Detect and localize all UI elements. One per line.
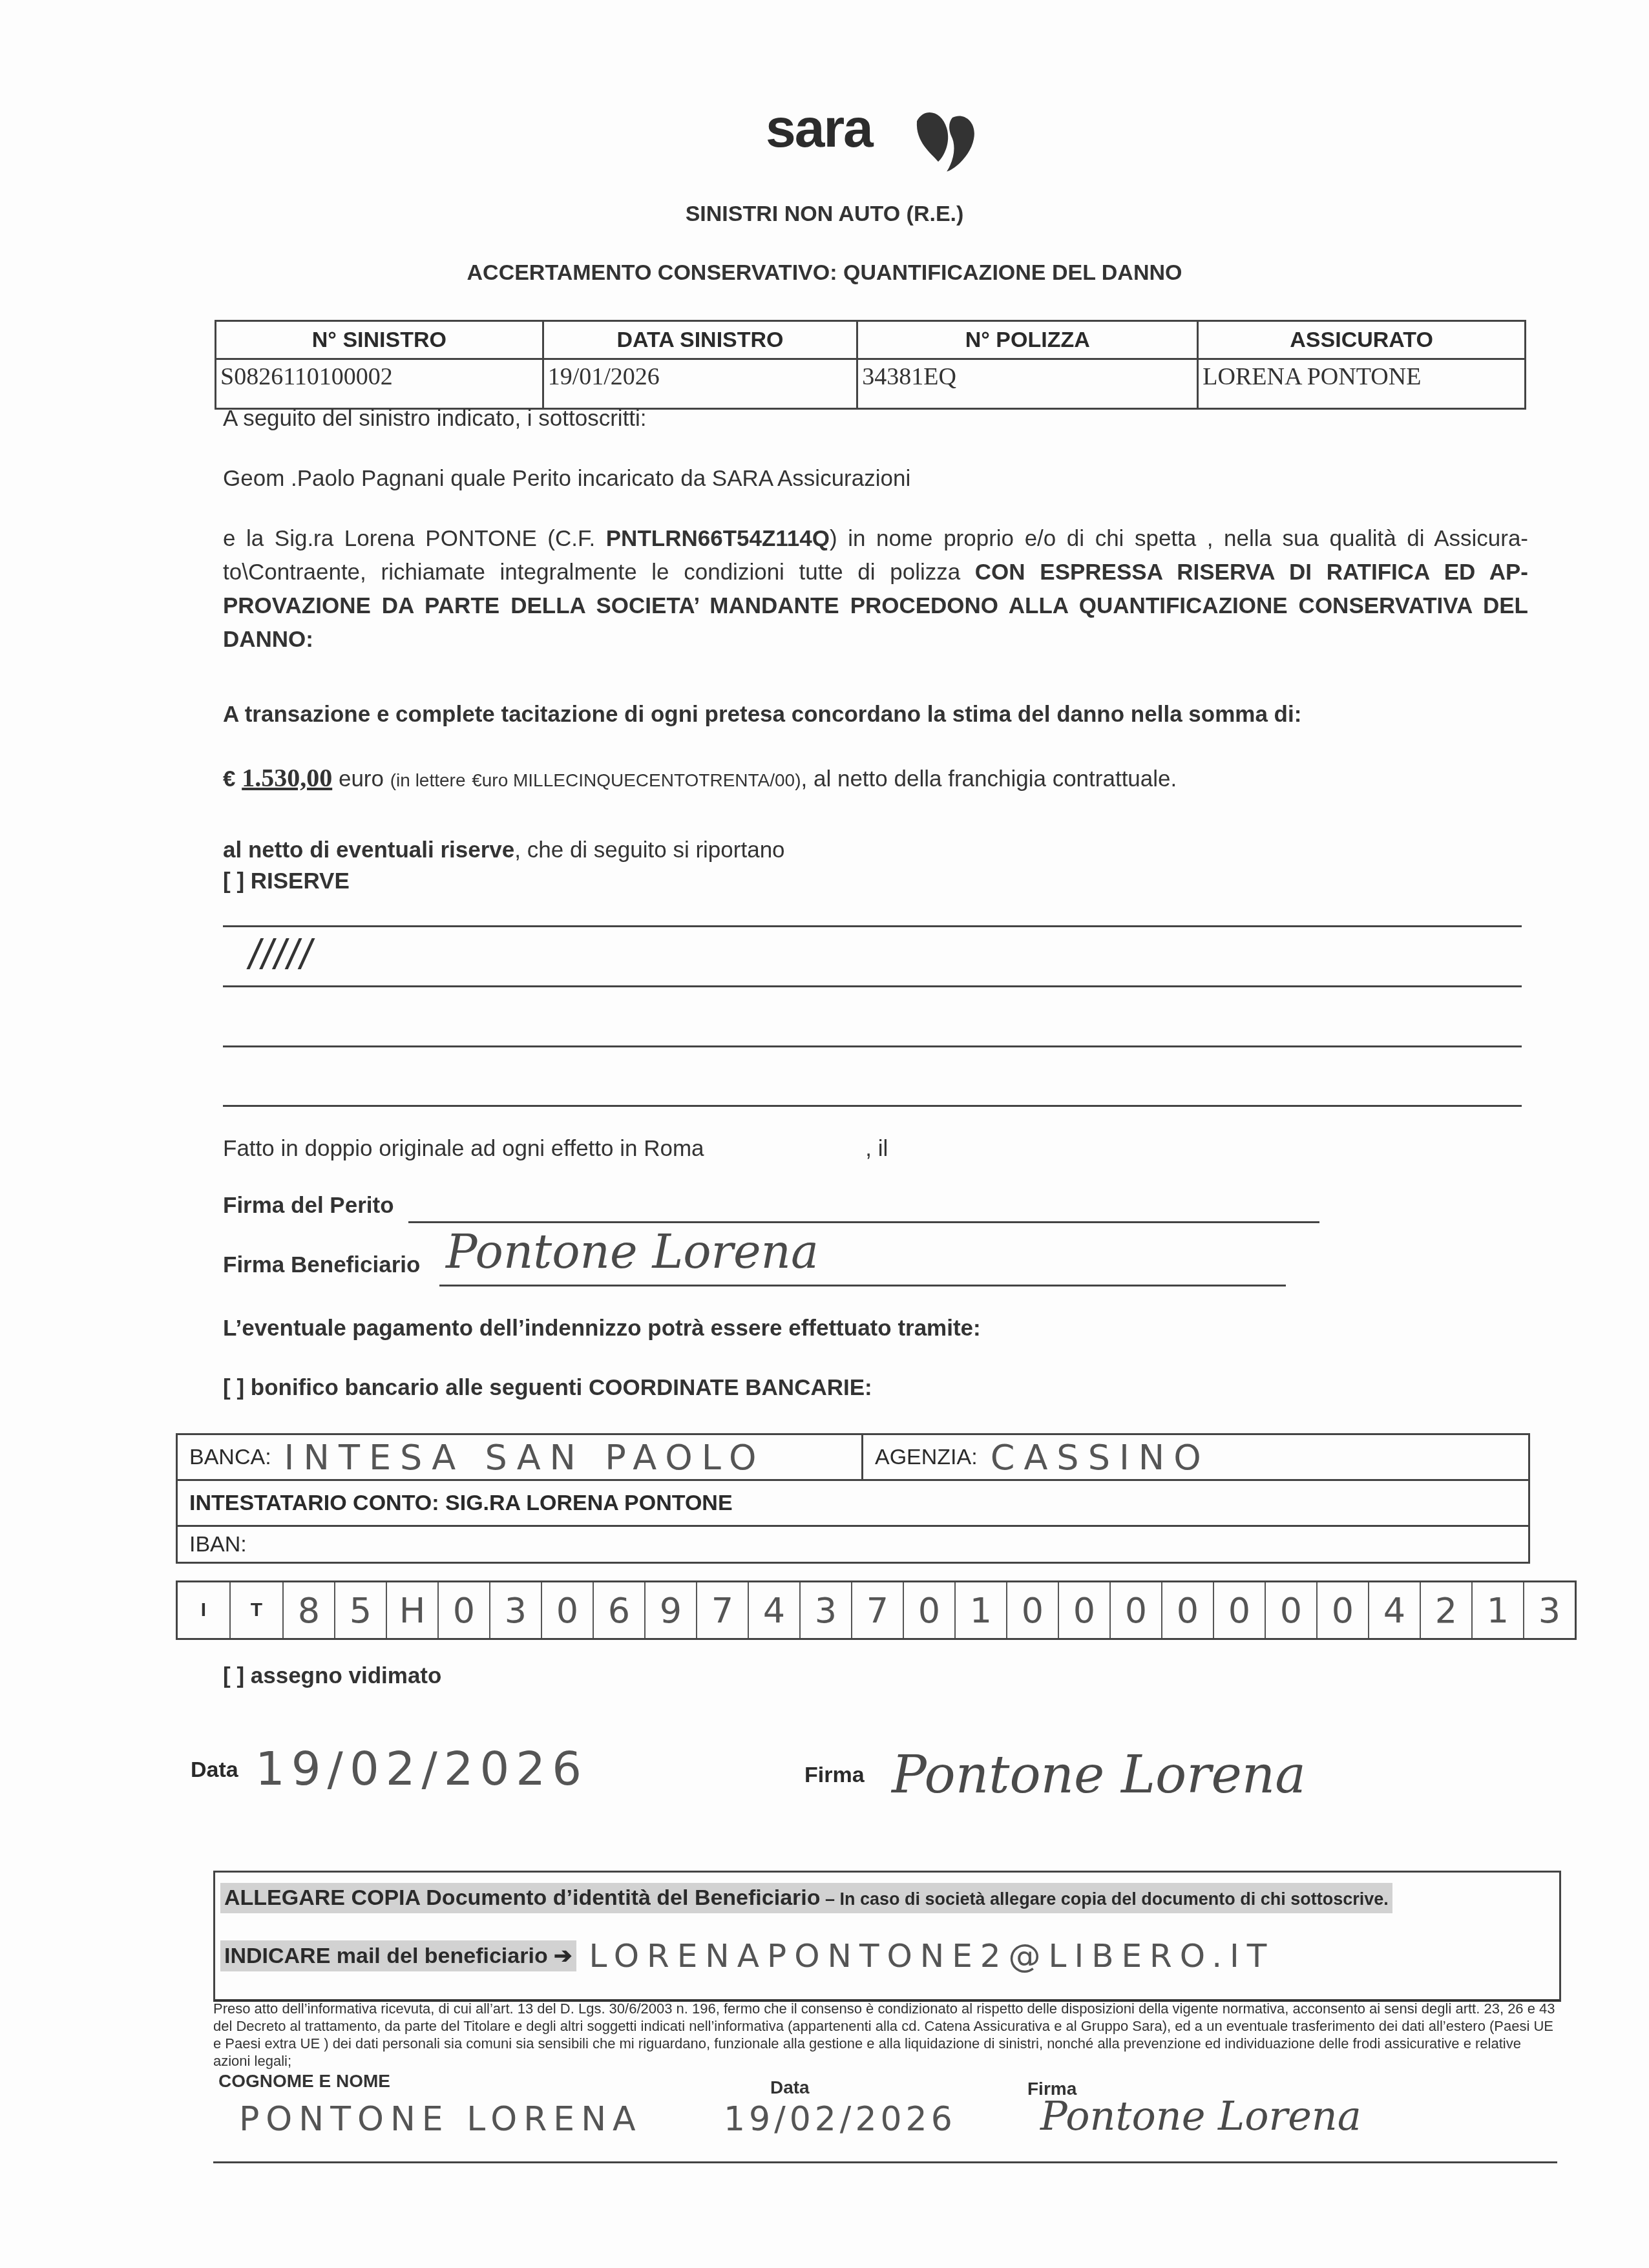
data-value[interactable]: 19/02/2026 bbox=[255, 1741, 588, 1796]
riserve-bold: al netto di eventuali riserve bbox=[223, 837, 514, 863]
cognome-label: COGNOME E NOME bbox=[218, 2072, 390, 2090]
amount-line: € 1.530,00 euro (in lettere €uro MILLECI… bbox=[223, 761, 1528, 797]
allegare-bold: ALLEGARE COPIA Documento d’identità del … bbox=[224, 1885, 821, 1910]
agenzia-value: CASSINO bbox=[991, 1437, 1210, 1478]
codice-fiscale: PNTLRN66T54Z114Q bbox=[606, 526, 830, 551]
riserve-line-3 bbox=[223, 1045, 1522, 1047]
intestatario-text: INTESTATARIO CONTO: SIG.RA LORENA PONTON… bbox=[178, 1481, 733, 1525]
agenzia-cell[interactable]: AGENZIA: CASSINO bbox=[863, 1435, 1210, 1479]
allegare-shaded: ALLEGARE COPIA Documento d’identità del … bbox=[220, 1883, 1392, 1913]
privacy-values: PONTONE LORENA 19/02/2026 Pontone Lorena bbox=[213, 2103, 1557, 2163]
iban-char-cell[interactable]: 4 bbox=[749, 1582, 801, 1638]
allegare-box: ALLEGARE COPIA Documento d’identità del … bbox=[213, 1871, 1561, 2002]
iban-char-cell[interactable]: 0 bbox=[1111, 1582, 1162, 1638]
allegare-rest: – In caso di società allegare copia del … bbox=[821, 1889, 1389, 1909]
banca-cell[interactable]: BANCA: INTESA SAN PAOLO bbox=[178, 1435, 863, 1479]
party-paragraph: e la Sig.ra Lorena PONTONE (C.F. PNTLRN6… bbox=[223, 522, 1528, 656]
banca-value: INTESA SAN PAOLO bbox=[284, 1437, 766, 1478]
iban-char-cell[interactable]: 0 bbox=[904, 1582, 956, 1638]
amount-value: 1.530,00 bbox=[242, 763, 332, 792]
iban-char-cell[interactable]: 0 bbox=[1214, 1582, 1266, 1638]
assegno-checkbox[interactable]: [ ] assegno vidimato bbox=[223, 1659, 1528, 1693]
perito-text: Geom .Paolo Pagnani quale Perito incaric… bbox=[223, 462, 1528, 496]
iban-char-cell[interactable]: 0 bbox=[542, 1582, 594, 1638]
iban-char-cell[interactable]: 0 bbox=[1007, 1582, 1059, 1638]
iban-char-cell[interactable]: 1 bbox=[1473, 1582, 1524, 1638]
form-category: SINISTRI NON AUTO (R.E.) bbox=[0, 202, 1649, 227]
allegare-line: ALLEGARE COPIA Documento d’identità del … bbox=[220, 1883, 1392, 1913]
firma-perito-line[interactable] bbox=[408, 1221, 1319, 1223]
bank-row: BANCA: INTESA SAN PAOLO AGENZIA: CASSINO bbox=[178, 1435, 1528, 1481]
privacy-data-label: Data bbox=[770, 2079, 810, 2096]
iban-char-cell[interactable]: 9 bbox=[646, 1582, 697, 1638]
form-title: ACCERTAMENTO CONSERVATIVO: QUANTIFICAZIO… bbox=[0, 260, 1649, 286]
privacy-consent-block: Preso atto dell’informativa ricevuta, di… bbox=[213, 2000, 1557, 2163]
iban-char-cell[interactable]: 6 bbox=[594, 1582, 646, 1638]
firma-label: Firma bbox=[804, 1763, 865, 1788]
amount-unit: euro bbox=[339, 766, 384, 792]
iban-char-cell[interactable]: 0 bbox=[1162, 1582, 1214, 1638]
iban-char-cell[interactable]: 5 bbox=[335, 1582, 387, 1638]
claim-number: S0826110100002 bbox=[216, 359, 543, 409]
iban-char-cell[interactable]: 0 bbox=[1318, 1582, 1369, 1638]
mail-line: INDICARE mail del beneficiario ➔ LORENAP… bbox=[220, 1937, 1274, 1975]
agenzia-label: AGENZIA: bbox=[875, 1445, 978, 1470]
fatto-text: Fatto in doppio originale ad ogni effett… bbox=[223, 1132, 1528, 1166]
mail-label: INDICARE mail del beneficiario ➔ bbox=[220, 1940, 576, 1971]
bank-details-box: BANCA: INTESA SAN PAOLO AGENZIA: CASSINO… bbox=[176, 1433, 1530, 1564]
bonifico-checkbox[interactable]: [ ] bonifico bancario alle seguenti COOR… bbox=[223, 1371, 1528, 1405]
riserve-line-1 bbox=[223, 925, 1522, 927]
header-assicurato: ASSICURATO bbox=[1198, 321, 1526, 359]
table-row: S0826110100002 19/01/2026 34381EQ LORENA… bbox=[216, 359, 1526, 409]
riserve-checkbox[interactable]: [ ] RISERVE bbox=[223, 865, 1528, 898]
iban-char-cell[interactable]: 8 bbox=[284, 1582, 335, 1638]
iban-char-cell[interactable]: T bbox=[231, 1582, 284, 1638]
firma-beneficiario-label: Firma Beneficiario bbox=[223, 1248, 420, 1282]
privacy-firma-value[interactable]: Pontone Lorena bbox=[1040, 2107, 1361, 2125]
fatto-il: , il bbox=[865, 1136, 888, 1161]
iban-char-cell[interactable]: 7 bbox=[852, 1582, 904, 1638]
iban-char-cell[interactable]: 4 bbox=[1369, 1582, 1421, 1638]
header-sinistro: N° SINISTRO bbox=[216, 321, 543, 359]
cognome-value[interactable]: PONTONE LORENA bbox=[239, 2111, 642, 2128]
riserve-rest: , che di seguito si riportano bbox=[514, 837, 784, 863]
intestatario-row: INTESTATARIO CONTO: SIG.RA LORENA PONTON… bbox=[178, 1481, 1528, 1527]
fatto-label: Fatto in doppio originale ad ogni effett… bbox=[223, 1136, 704, 1161]
riserve-line-4 bbox=[223, 1105, 1522, 1107]
insured-name: LORENA PONTONE bbox=[1198, 359, 1526, 409]
firma-beneficiario-line[interactable] bbox=[439, 1285, 1286, 1286]
riserve-intro: al netto di eventuali riserve, che di se… bbox=[223, 834, 1528, 867]
privacy-data-value[interactable]: 19/02/2026 bbox=[724, 2111, 956, 2128]
iban-char-cell[interactable]: 0 bbox=[1059, 1582, 1111, 1638]
riserve-line-2 bbox=[223, 985, 1522, 987]
iban-char-cell[interactable]: 2 bbox=[1421, 1582, 1473, 1638]
sara-logo-icon bbox=[910, 103, 981, 174]
party-text: e la Sig.ra Lorena PONTONE (C.F. bbox=[223, 526, 606, 551]
transazione-text: A transazione e complete tacitazione di … bbox=[223, 698, 1528, 731]
iban-char-cell[interactable]: 0 bbox=[1266, 1582, 1318, 1638]
firma-beneficiario-signature: Pontone Lorena bbox=[446, 1224, 819, 1279]
iban-char-cell[interactable]: 1 bbox=[956, 1582, 1007, 1638]
pagamento-text: L’eventuale pagamento dell’indennizzo po… bbox=[223, 1312, 1528, 1345]
amount-suffix: , al netto della franchigia contrattuale… bbox=[801, 766, 1177, 792]
iban-char-cell[interactable]: 3 bbox=[1524, 1582, 1575, 1638]
firma-signature[interactable]: Pontone Lorena bbox=[892, 1745, 1306, 1805]
data-label: Data bbox=[191, 1758, 238, 1783]
iban-char-cell[interactable]: 0 bbox=[439, 1582, 490, 1638]
iban-char-cell[interactable]: 3 bbox=[490, 1582, 542, 1638]
policy-number: 34381EQ bbox=[857, 359, 1198, 409]
iban-grid[interactable]: IT85H0306974370100000004213 bbox=[176, 1580, 1577, 1640]
brand-logo-text: sara bbox=[766, 97, 872, 160]
claim-table-header: N° SINISTRO DATA SINISTRO N° POLIZZA ASS… bbox=[216, 321, 1526, 359]
iban-label-row: IBAN: bbox=[178, 1527, 1528, 1564]
header-data-sinistro: DATA SINISTRO bbox=[543, 321, 857, 359]
iban-label: IBAN: bbox=[178, 1527, 247, 1562]
amount-words-prefix: (in lettere bbox=[390, 770, 466, 790]
iban-char-cell[interactable]: 3 bbox=[801, 1582, 852, 1638]
header-polizza: N° POLIZZA bbox=[857, 321, 1198, 359]
iban-char-cell[interactable]: 7 bbox=[697, 1582, 749, 1638]
banca-label: BANCA: bbox=[189, 1445, 271, 1470]
claim-date: 19/01/2026 bbox=[543, 359, 857, 409]
mail-value[interactable]: LORENAPONTONE2@LIBERO.IT bbox=[589, 1937, 1275, 1975]
iban-char-cell[interactable]: H bbox=[387, 1582, 439, 1638]
claim-table: N° SINISTRO DATA SINISTRO N° POLIZZA ASS… bbox=[215, 320, 1526, 410]
intro-text: A seguito del sinistro indicato, i sotto… bbox=[223, 402, 1528, 436]
riserve-value[interactable]: ///// bbox=[249, 930, 313, 978]
amount-words: €uro MILLECINQUECENTOTRENTA/00) bbox=[472, 770, 801, 790]
privacy-text: Preso atto dell’informativa ricevuta, di… bbox=[213, 2000, 1557, 2070]
firma-perito-label: Firma del Perito bbox=[223, 1189, 394, 1223]
euro-symbol: € bbox=[223, 766, 235, 792]
iban-char-cell[interactable]: I bbox=[178, 1582, 231, 1638]
